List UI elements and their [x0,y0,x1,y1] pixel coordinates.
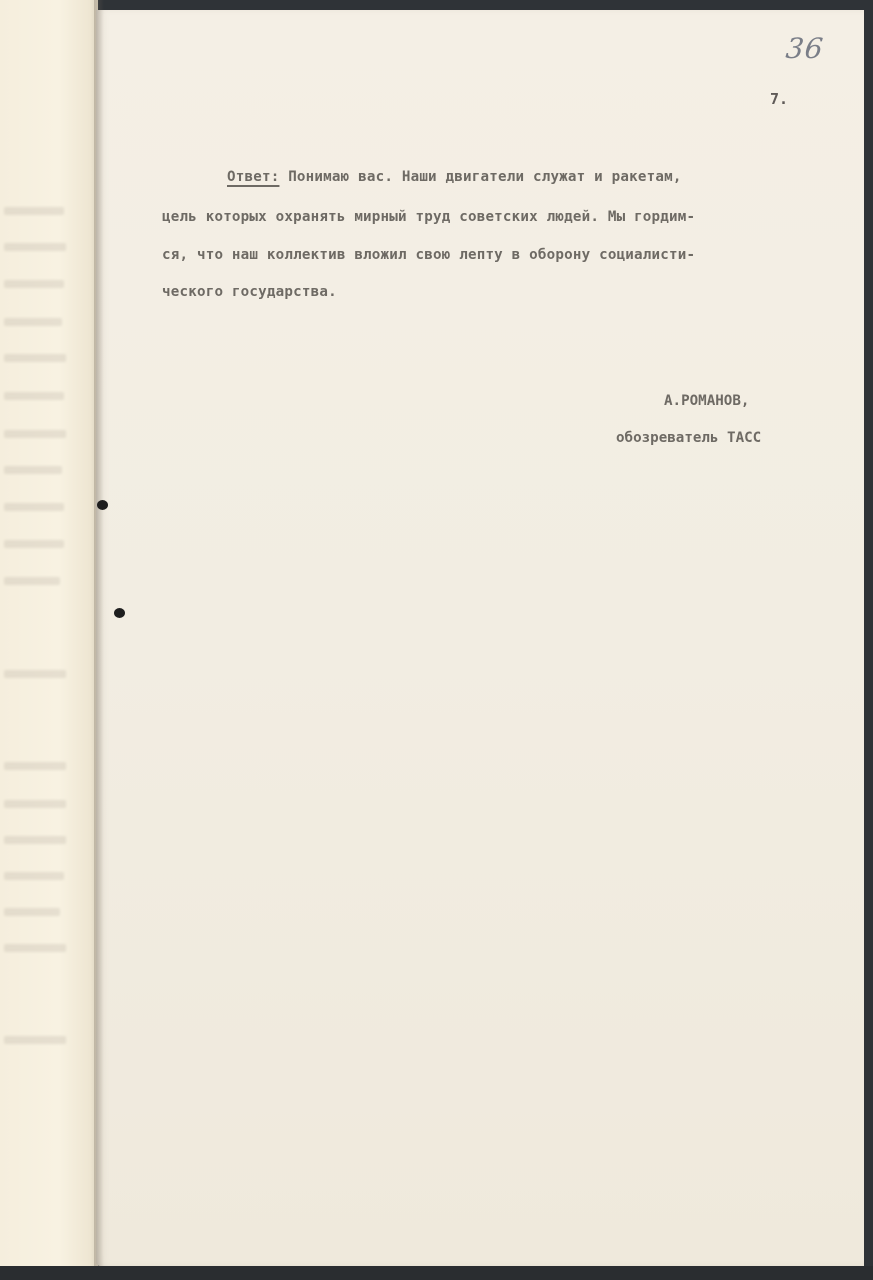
signature-name: А.РОМАНОВ, [664,393,749,409]
punch-hole [97,500,108,510]
signature-title: обозреватель ТАСС [616,430,761,446]
bleed-through-text [4,466,62,474]
body-line-3: ся, что наш коллектив вложил свою лепту … [162,247,695,263]
bleed-through-text [4,430,66,438]
bleed-through-text [4,836,66,844]
body-line-1: Ответ: Понимаю вас. Наши двигатели служа… [227,169,682,185]
bleed-through-text [4,577,60,585]
bleed-through-text [4,670,66,678]
archive-folio-number: 36 [784,32,825,65]
punch-hole [114,608,125,618]
bleed-through-text [4,207,64,215]
bleed-through-text [4,908,60,916]
bleed-through-text [4,944,66,952]
bleed-through-text [4,354,66,362]
bleed-through-text [4,1036,66,1044]
page-number: 7. [770,90,788,108]
body-line-1-text: Понимаю вас. Наши двигатели служат и рак… [279,169,681,185]
bleed-through-text [4,540,64,548]
bleed-through-text [4,800,66,808]
bleed-through-text [4,280,64,288]
bleed-through-text [4,762,66,770]
bleed-through-text [4,243,66,251]
document-page: 36 7. Ответ: Понимаю вас. Наши двигатели… [96,10,864,1266]
bleed-through-text [4,872,64,880]
bleed-through-text [4,503,64,511]
previous-page-edge [0,0,98,1276]
bleed-through-text [4,392,64,400]
binding-spine-shadow [94,0,104,1270]
body-line-4: ческого государства. [162,284,337,300]
scanner-background [0,1266,873,1280]
answer-label: Ответ: [227,169,279,185]
bleed-through-text [4,318,62,326]
body-line-2: цель которых охранять мирный труд советс… [162,209,695,225]
document-scan: 36 7. Ответ: Понимаю вас. Наши двигатели… [0,0,873,1280]
